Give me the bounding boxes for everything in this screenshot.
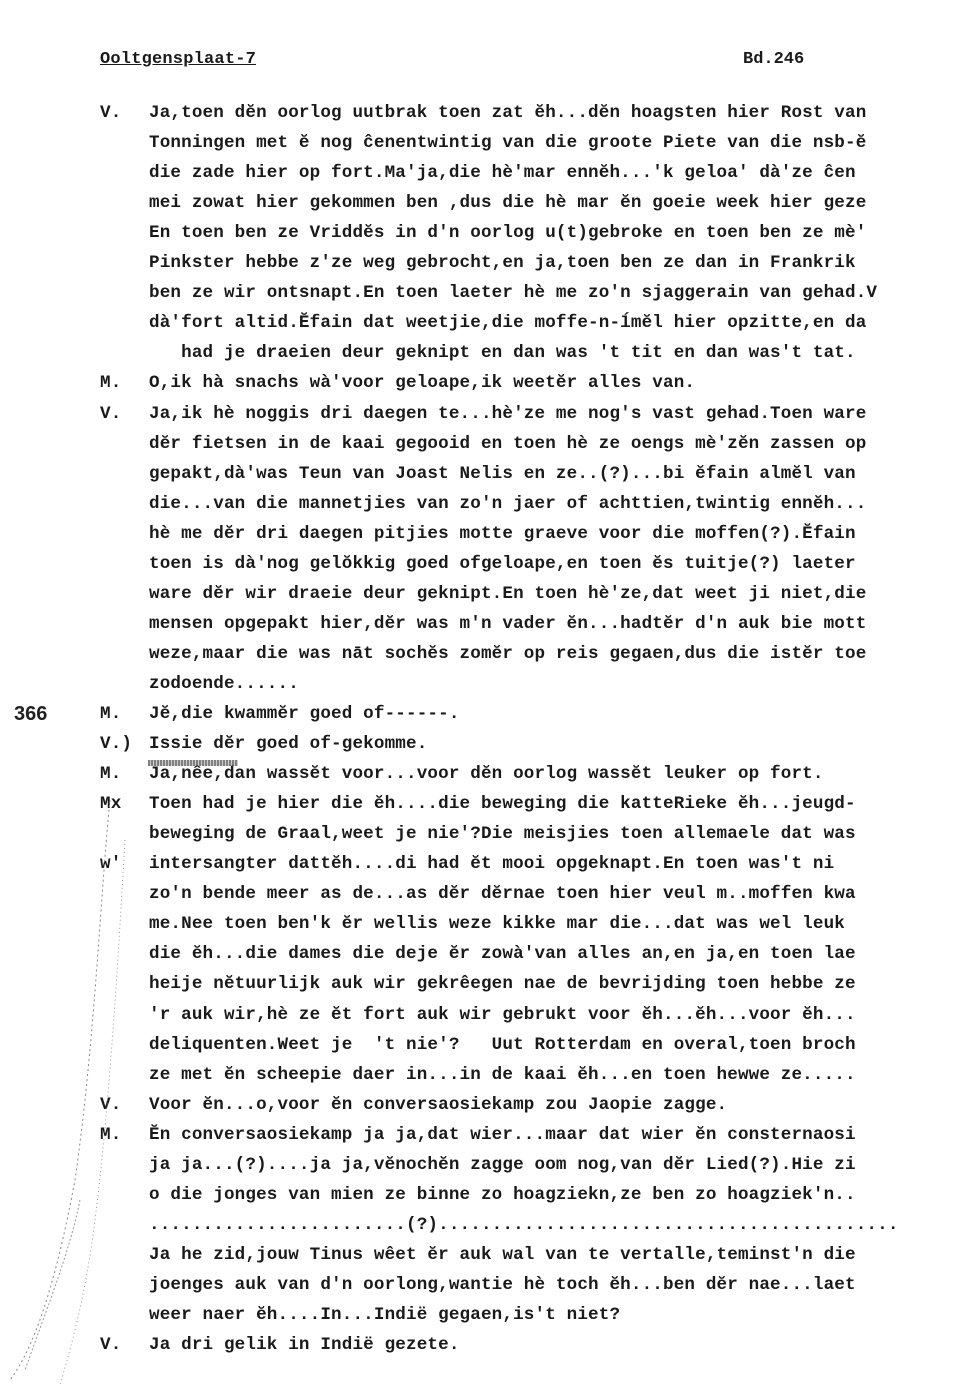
line-text: heije nĕtuurlijk auk wir gekrêegen nae d… bbox=[149, 969, 856, 999]
line-text: weer naer ĕh....In...Indië gegaen,is't n… bbox=[149, 1300, 620, 1330]
line-text: Ja he zid,jouw Tinus wêet ĕr auk wal van… bbox=[149, 1240, 856, 1270]
line-text: Ja,ik hè noggis dri daegen te...hè'ze me… bbox=[149, 399, 866, 429]
line-text: o die jonges van mien ze binne zo hoagzi… bbox=[149, 1180, 856, 1210]
line-text: En toen ben ze Vriddĕs in d'n oorlog u(t… bbox=[149, 218, 866, 248]
line-text: die zade hier op fort.Ma'ja,die hè'mar e… bbox=[149, 158, 856, 188]
line-text: Ĕn conversaosiekamp ja ja,dat wier...maa… bbox=[149, 1120, 856, 1150]
handwritten-scribble-mark bbox=[148, 760, 238, 766]
line-text: die ĕh...die dames die deje ĕr zowà'van … bbox=[149, 939, 856, 969]
line-text: beweging de Graal,weet je nie'?Die meisj… bbox=[149, 819, 856, 849]
speaker-label: M. bbox=[100, 699, 145, 729]
line-text: ware dĕr wir draeie deur geknipt.En toen… bbox=[149, 579, 866, 609]
line-text: die...van die mannetjies van zo'n jaer o… bbox=[149, 489, 866, 519]
line-text: Toen had je hier die ĕh....die beweging … bbox=[149, 789, 856, 819]
line-text: ja ja...(?)....ja ja,vĕnochĕn zagge oom … bbox=[149, 1150, 856, 1180]
speaker-label: M. bbox=[100, 368, 145, 398]
line-text: zo'n bende meer as de...as dĕr dĕrnae to… bbox=[149, 879, 856, 909]
line-text: deliquenten.Weet je 't nie'? Uut Rotterd… bbox=[149, 1030, 856, 1060]
line-text: mensen opgepakt hier,dĕr was m'n vader ĕ… bbox=[149, 609, 866, 639]
line-text: dĕr fietsen in de kaai gegooid en toen h… bbox=[149, 429, 866, 459]
line-text: Issie dĕr goed of-gekomme. bbox=[149, 729, 427, 759]
line-text: Pinkster hebbe z'ze weg gebrocht,en ja,t… bbox=[149, 248, 856, 278]
line-text: Ja,nêe,dan wassĕt voor...voor dĕn oorlog… bbox=[149, 759, 824, 789]
line-text: ........................(?).............… bbox=[149, 1210, 899, 1240]
document-title: Ooltgensplaat-7 bbox=[100, 50, 256, 69]
line-text: hè me dĕr dri daegen pitjies motte graev… bbox=[149, 519, 856, 549]
line-text: Voor ĕn...o,voor ĕn conversaosiekamp zou… bbox=[149, 1090, 727, 1120]
line-text: weze,maar die was nāt sochĕs zomĕr op re… bbox=[149, 639, 866, 669]
line-text: ben ze wir ontsnapt.En toen laeter hè me… bbox=[149, 278, 877, 308]
line-text: O,ik hà snachs wà'voor geloape,ik weetĕr… bbox=[149, 368, 695, 398]
speaker-label: M. bbox=[100, 1120, 145, 1150]
line-text: gepakt,dà'was Teun van Joast Nelis en ze… bbox=[149, 459, 856, 489]
line-text: intersangter dattĕh....di had ĕt mooi op… bbox=[149, 849, 834, 879]
speaker-label: w' bbox=[100, 849, 145, 879]
line-text: zodoende...... bbox=[149, 669, 299, 699]
speaker-label: V. bbox=[100, 1330, 145, 1360]
speaker-label: V. bbox=[100, 1090, 145, 1120]
line-text: me.Nee toen ben'k ĕr wellis weze kikke m… bbox=[149, 909, 845, 939]
line-text: joenges auk van d'n oorlong,wantie hè to… bbox=[149, 1270, 856, 1300]
page-reference: Bd.246 bbox=[743, 50, 804, 69]
line-text: Jĕ,die kwammĕr goed of------. bbox=[149, 699, 460, 729]
speaker-label: V.) bbox=[100, 729, 145, 759]
line-text: Tonningen met ĕ nog ĉenentwintig van die… bbox=[149, 128, 866, 158]
line-text: Ja,toen dĕn oorlog uutbrak toen zat ĕh..… bbox=[149, 98, 866, 128]
line-text: had je draeien deur geknipt en dan was '… bbox=[149, 338, 856, 368]
speaker-label: M. bbox=[100, 759, 145, 789]
line-text: dà'fort altid.Ĕfain dat weetjie,die moff… bbox=[149, 308, 866, 338]
line-text: ze met ĕn scheepie daer in...in de kaai … bbox=[149, 1060, 856, 1090]
line-text: Ja dri gelik in Indië gezete. bbox=[149, 1330, 460, 1360]
line-text: mei zowat hier gekommen ben ,dus die hè … bbox=[149, 188, 866, 218]
line-text: toen is dà'nog gelŏkkig goed ofgeloape,e… bbox=[149, 549, 856, 579]
line-text: 'r auk wir,hè ze ĕt fort auk wir gebrukt… bbox=[149, 1000, 856, 1030]
speaker-label: V. bbox=[100, 399, 145, 429]
typewritten-transcript-page: Ooltgensplaat-7 Bd.246 366 V.Ja,toen dĕn… bbox=[0, 0, 979, 1390]
handwritten-margin-number: 366 bbox=[14, 703, 47, 726]
speaker-label: Mx bbox=[100, 789, 145, 819]
speaker-label: V. bbox=[100, 98, 145, 128]
